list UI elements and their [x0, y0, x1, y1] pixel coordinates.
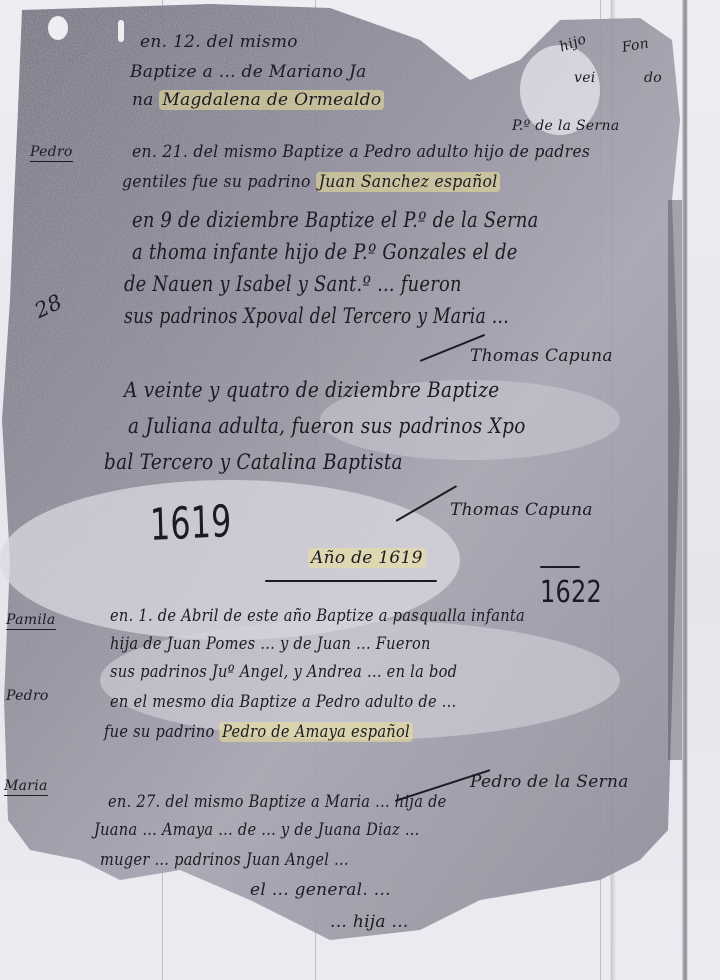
entry-line: en el mesmo dia Baptize a Pedro adulto d…	[110, 692, 456, 712]
entry-line: el ... general. ...	[250, 880, 391, 900]
highlighted-name: Magdalena de Ormealdo	[159, 90, 384, 110]
signature: Thomas Capuna	[450, 500, 593, 520]
entry-line-prefix: fue su padrino	[104, 722, 220, 742]
highlighted-name: Juan Sanchez español	[316, 172, 500, 192]
year-heading-text: Año de 1619	[308, 548, 426, 568]
heading-underline	[265, 580, 437, 582]
entry-line: en. 12. del mismo	[140, 32, 298, 52]
entry-line: en 9 de diziembre Baptize el P.º de la S…	[132, 208, 539, 232]
entry-line: bal Tercero y Catalina Baptista	[104, 450, 403, 474]
entry-line: Juana ... Amaya ... de ... y de Juana Di…	[94, 820, 420, 840]
entry-line: Baptize a ... de Mariano Ja	[130, 62, 367, 82]
entry-line-prefix: gentiles fue su padrino	[122, 172, 316, 192]
entry-line: hija de Juan Pomes ... y de Juan ... Fue…	[110, 634, 431, 654]
entry-line: en. 1. de Abril de este año Baptize a pa…	[110, 606, 525, 626]
highlighted-name: Pedro de Amaya español	[220, 722, 413, 742]
fragment-note: vei	[574, 70, 596, 86]
margin-name: Pamila	[6, 612, 56, 630]
entry-line: de Nauen y Isabel y Sant.º ... fueron	[124, 272, 462, 296]
year-number-left: 1619	[149, 496, 232, 551]
entry-line: na Magdalena de Ormealdo	[132, 90, 384, 110]
margin-name: Pedro	[6, 688, 49, 704]
arrow-stroke	[540, 566, 580, 568]
entry-line: fue su padrino Pedro de Amaya español	[104, 722, 413, 742]
fragment-note: do	[644, 70, 662, 86]
signature: Thomas Capuna	[470, 346, 613, 366]
year-number-right: 1622	[540, 575, 602, 610]
entry-line-prefix: na	[132, 90, 159, 110]
entry-line: sus padrinos Xpoval del Tercero y Maria …	[124, 304, 509, 328]
margin-name: Maria	[4, 778, 48, 796]
entry-line: gentiles fue su padrino Juan Sanchez esp…	[122, 172, 500, 192]
margin-name: Pedro	[30, 144, 73, 162]
signature: P.º de la Serna	[512, 118, 619, 134]
entry-line: A veinte y quatro de diziembre Baptize	[124, 378, 499, 402]
signature: Pedro de la Serna	[470, 772, 629, 792]
entry-line: muger ... padrinos Juan Angel ...	[100, 850, 349, 870]
entry-line: en. 27. del mismo Baptize a Maria ... hi…	[108, 792, 447, 812]
entry-line: en. 21. del mismo Baptize a Pedro adulto…	[132, 142, 590, 162]
entry-line: a thoma infante hijo de P.º Gonzales el …	[132, 240, 518, 264]
entry-line: sus padrinos Juº Angel, y Andrea ... en …	[110, 662, 457, 682]
year-heading: Año de 1619	[308, 548, 426, 568]
entry-line: ... hija ...	[330, 912, 409, 932]
entry-line: a Juliana adulta, fueron sus padrinos Xp…	[128, 414, 526, 438]
